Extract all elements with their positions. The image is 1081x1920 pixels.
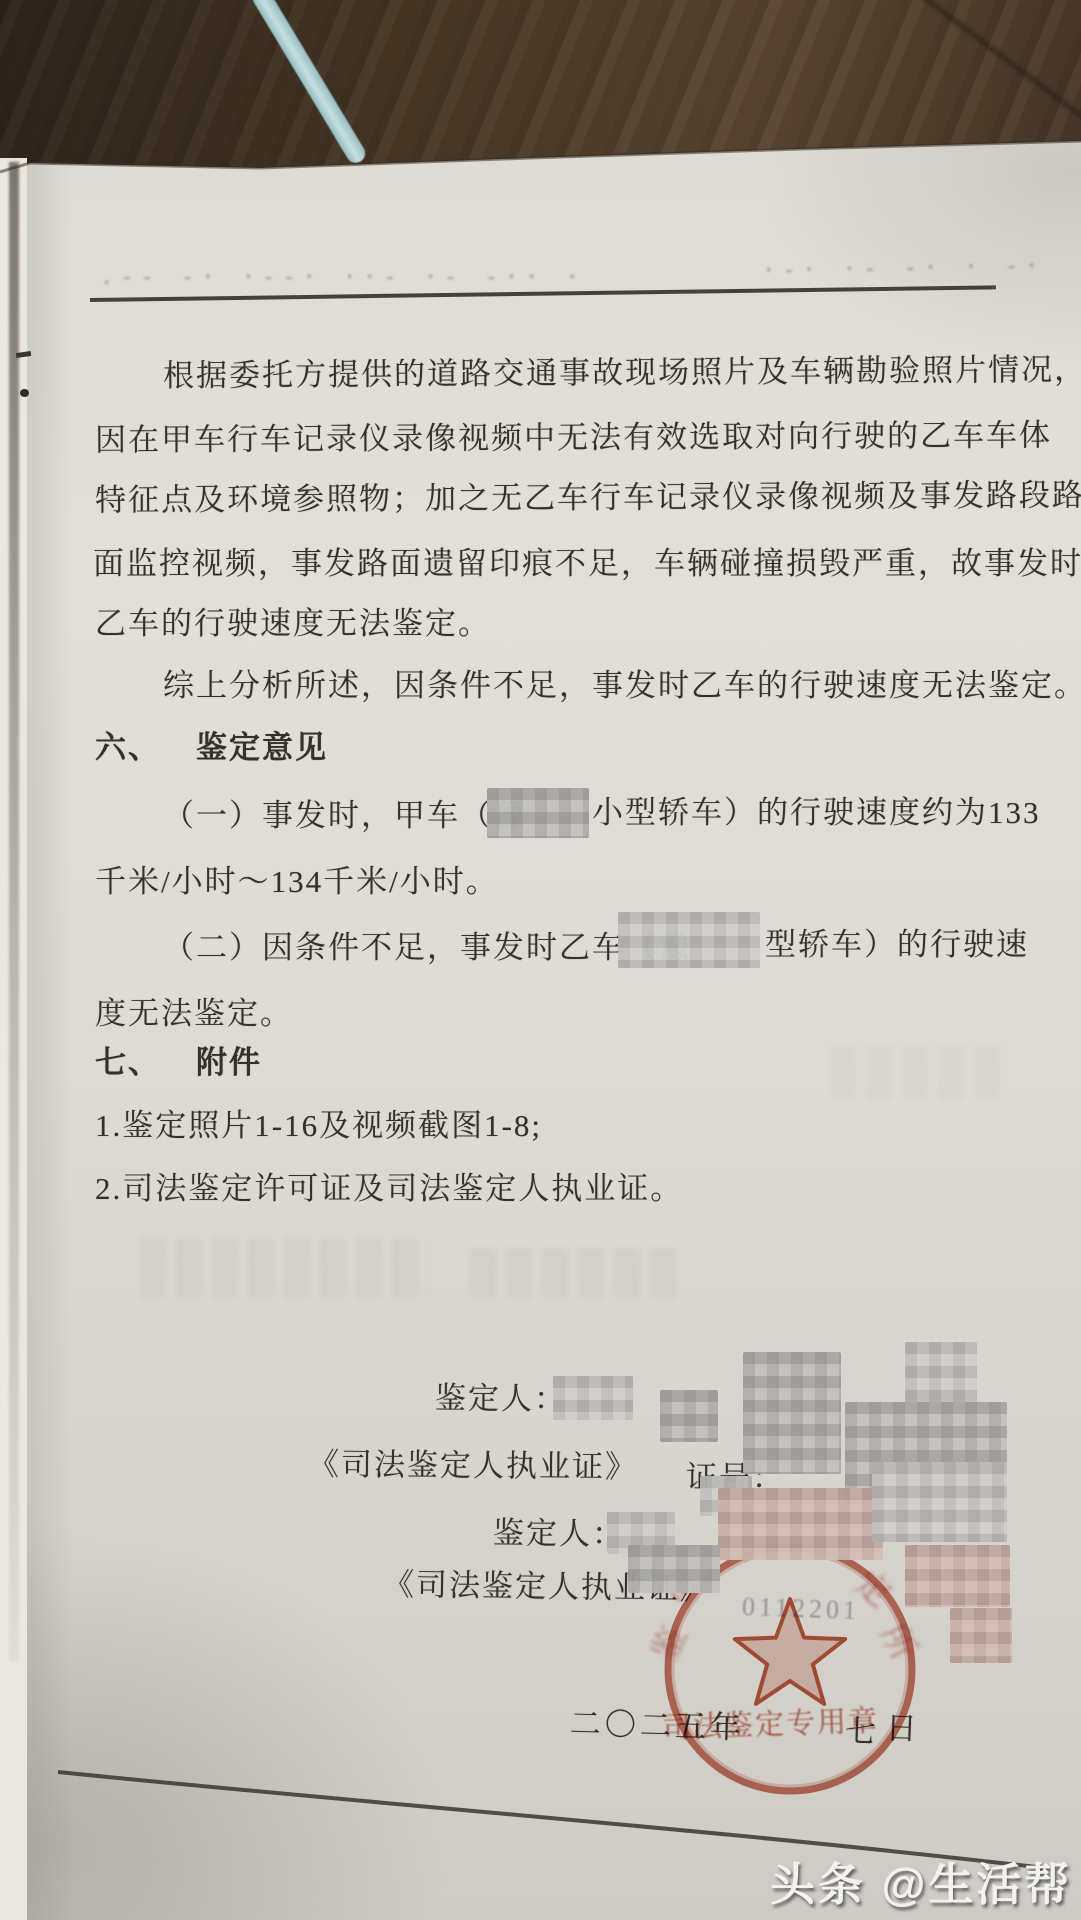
photo-of-document: .-- -· ·--· ··- ·- -·· · ·-· ·- -· · -· … [0, 0, 1081, 1920]
watermark-brand: 头条 [770, 1859, 866, 1910]
footer-rule [0, 0, 1081, 1920]
toutiao-watermark: 头条 @生活帮 [770, 1848, 1072, 1913]
watermark-handle: @生活帮 [882, 1859, 1073, 1910]
